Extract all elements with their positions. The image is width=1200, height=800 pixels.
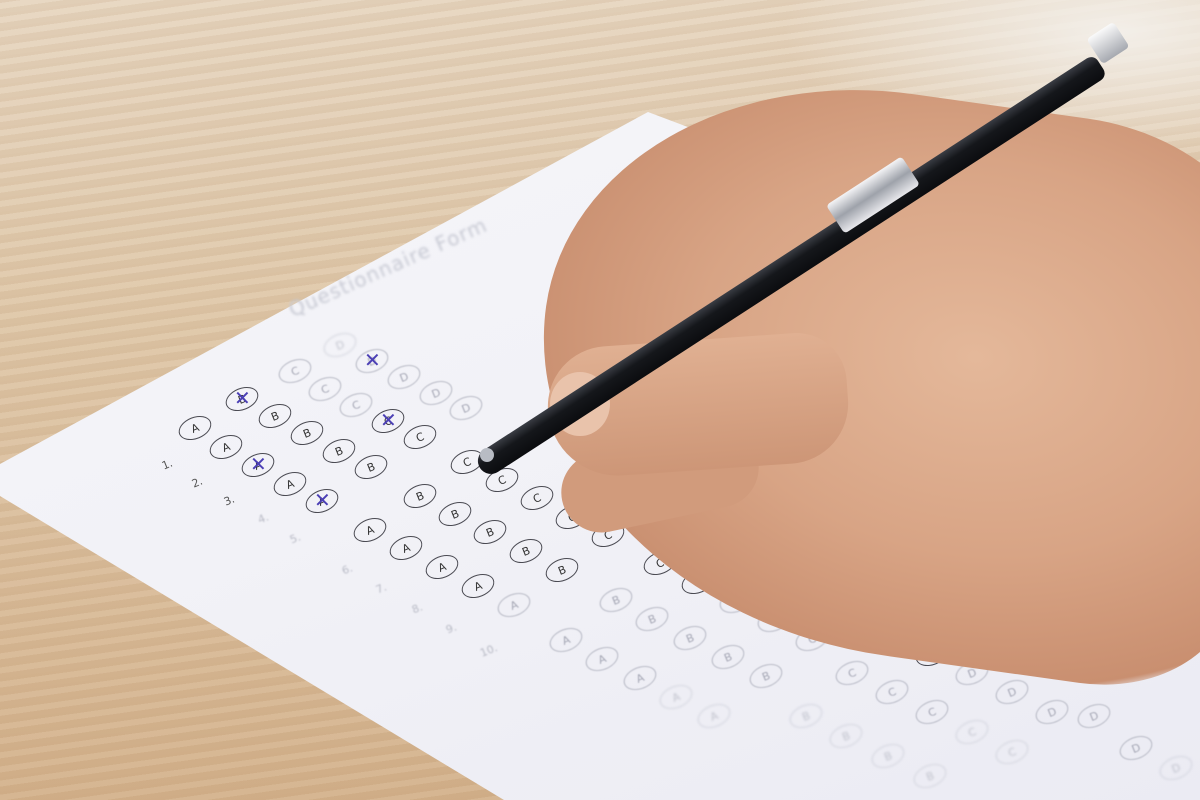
answer-bubble-a: A (458, 569, 498, 602)
answer-bubble-b: B (470, 515, 510, 548)
answer-bubble-b: B (506, 534, 546, 567)
answer-bubble-d: D (992, 675, 1032, 708)
answer-bubble-d: D (384, 360, 424, 393)
photo-scene: Questionnaire Form AAA✕AA✕B✕BBBBCCCC✕CDD… (0, 0, 1200, 800)
question-number: 9. (444, 621, 459, 637)
answer-bubble-b: B (826, 719, 866, 752)
question-number: 1. (160, 457, 175, 473)
answer-bubble-d: D (320, 328, 360, 361)
answer-bubble-d: D (1116, 731, 1156, 764)
answer-bubble-b: B (746, 659, 786, 692)
answer-bubble-c: C (912, 695, 952, 728)
answer-bubble-c: C (305, 372, 345, 405)
answer-bubble-b: B (596, 583, 636, 616)
answer-bubble-a: A (494, 588, 534, 621)
answer-bubble-b: B (400, 479, 440, 512)
answer-bubble-b: B (786, 699, 826, 732)
answer-bubble-c: C (952, 715, 992, 748)
answer-bubble-a: A (175, 411, 215, 444)
answer-bubble-b: B (435, 497, 475, 530)
answer-bubble-a: A (546, 623, 586, 656)
question-number: 10. (478, 641, 499, 660)
answer-bubble-a: A (694, 699, 734, 732)
question-number: 3. (222, 493, 237, 509)
answer-bubble-c: C (336, 388, 376, 421)
answer-bubble-a: A (422, 550, 462, 583)
answer-bubble-b: B (670, 621, 710, 654)
answer-bubble-d: D (352, 344, 392, 377)
answer-bubble-d: D (1074, 699, 1114, 732)
answer-bubble-a: A (386, 531, 426, 564)
answer-bubble-c: C (517, 481, 557, 514)
question-number: 4. (256, 511, 271, 527)
answer-bubble-a: A (302, 484, 342, 517)
question-number: 8. (410, 601, 425, 617)
answer-bubble-c: C (368, 404, 408, 437)
question-number: 2. (190, 475, 205, 491)
answer-bubble-d: D (1156, 751, 1196, 784)
answer-bubble-c: C (400, 420, 440, 453)
answer-bubble-b: B (542, 553, 582, 586)
answer-bubble-b: B (222, 382, 262, 415)
answer-bubble-a: A (350, 513, 390, 546)
answer-bubble-b: B (255, 399, 295, 432)
answer-bubble-a: A (206, 430, 246, 463)
answer-bubble-b: B (632, 602, 672, 635)
answer-bubble-a: A (270, 467, 310, 500)
question-number: 5. (288, 531, 303, 547)
answer-bubble-a: A (656, 680, 696, 713)
answer-bubble-c: C (275, 354, 315, 387)
answer-bubble-d: D (446, 391, 486, 424)
answer-bubble-b: B (287, 416, 327, 449)
answer-bubble-a: A (582, 642, 622, 675)
question-number: 7. (374, 581, 389, 597)
answer-bubble-d: D (1032, 695, 1072, 728)
answer-bubble-a: A (620, 661, 660, 694)
answer-bubble-b: B (868, 739, 908, 772)
answer-bubble-c: C (832, 656, 872, 689)
answer-bubble-b: B (910, 759, 950, 792)
answer-bubble-b: B (351, 450, 391, 483)
answer-bubble-a: A (238, 448, 278, 481)
answer-bubble-b: B (708, 640, 748, 673)
answer-bubble-b: B (319, 434, 359, 467)
answer-bubble-c: C (872, 675, 912, 708)
question-number: 6. (340, 562, 355, 578)
pen-tip (480, 448, 494, 462)
answer-bubble-c: C (992, 735, 1032, 768)
answer-bubble-d: D (416, 376, 456, 409)
